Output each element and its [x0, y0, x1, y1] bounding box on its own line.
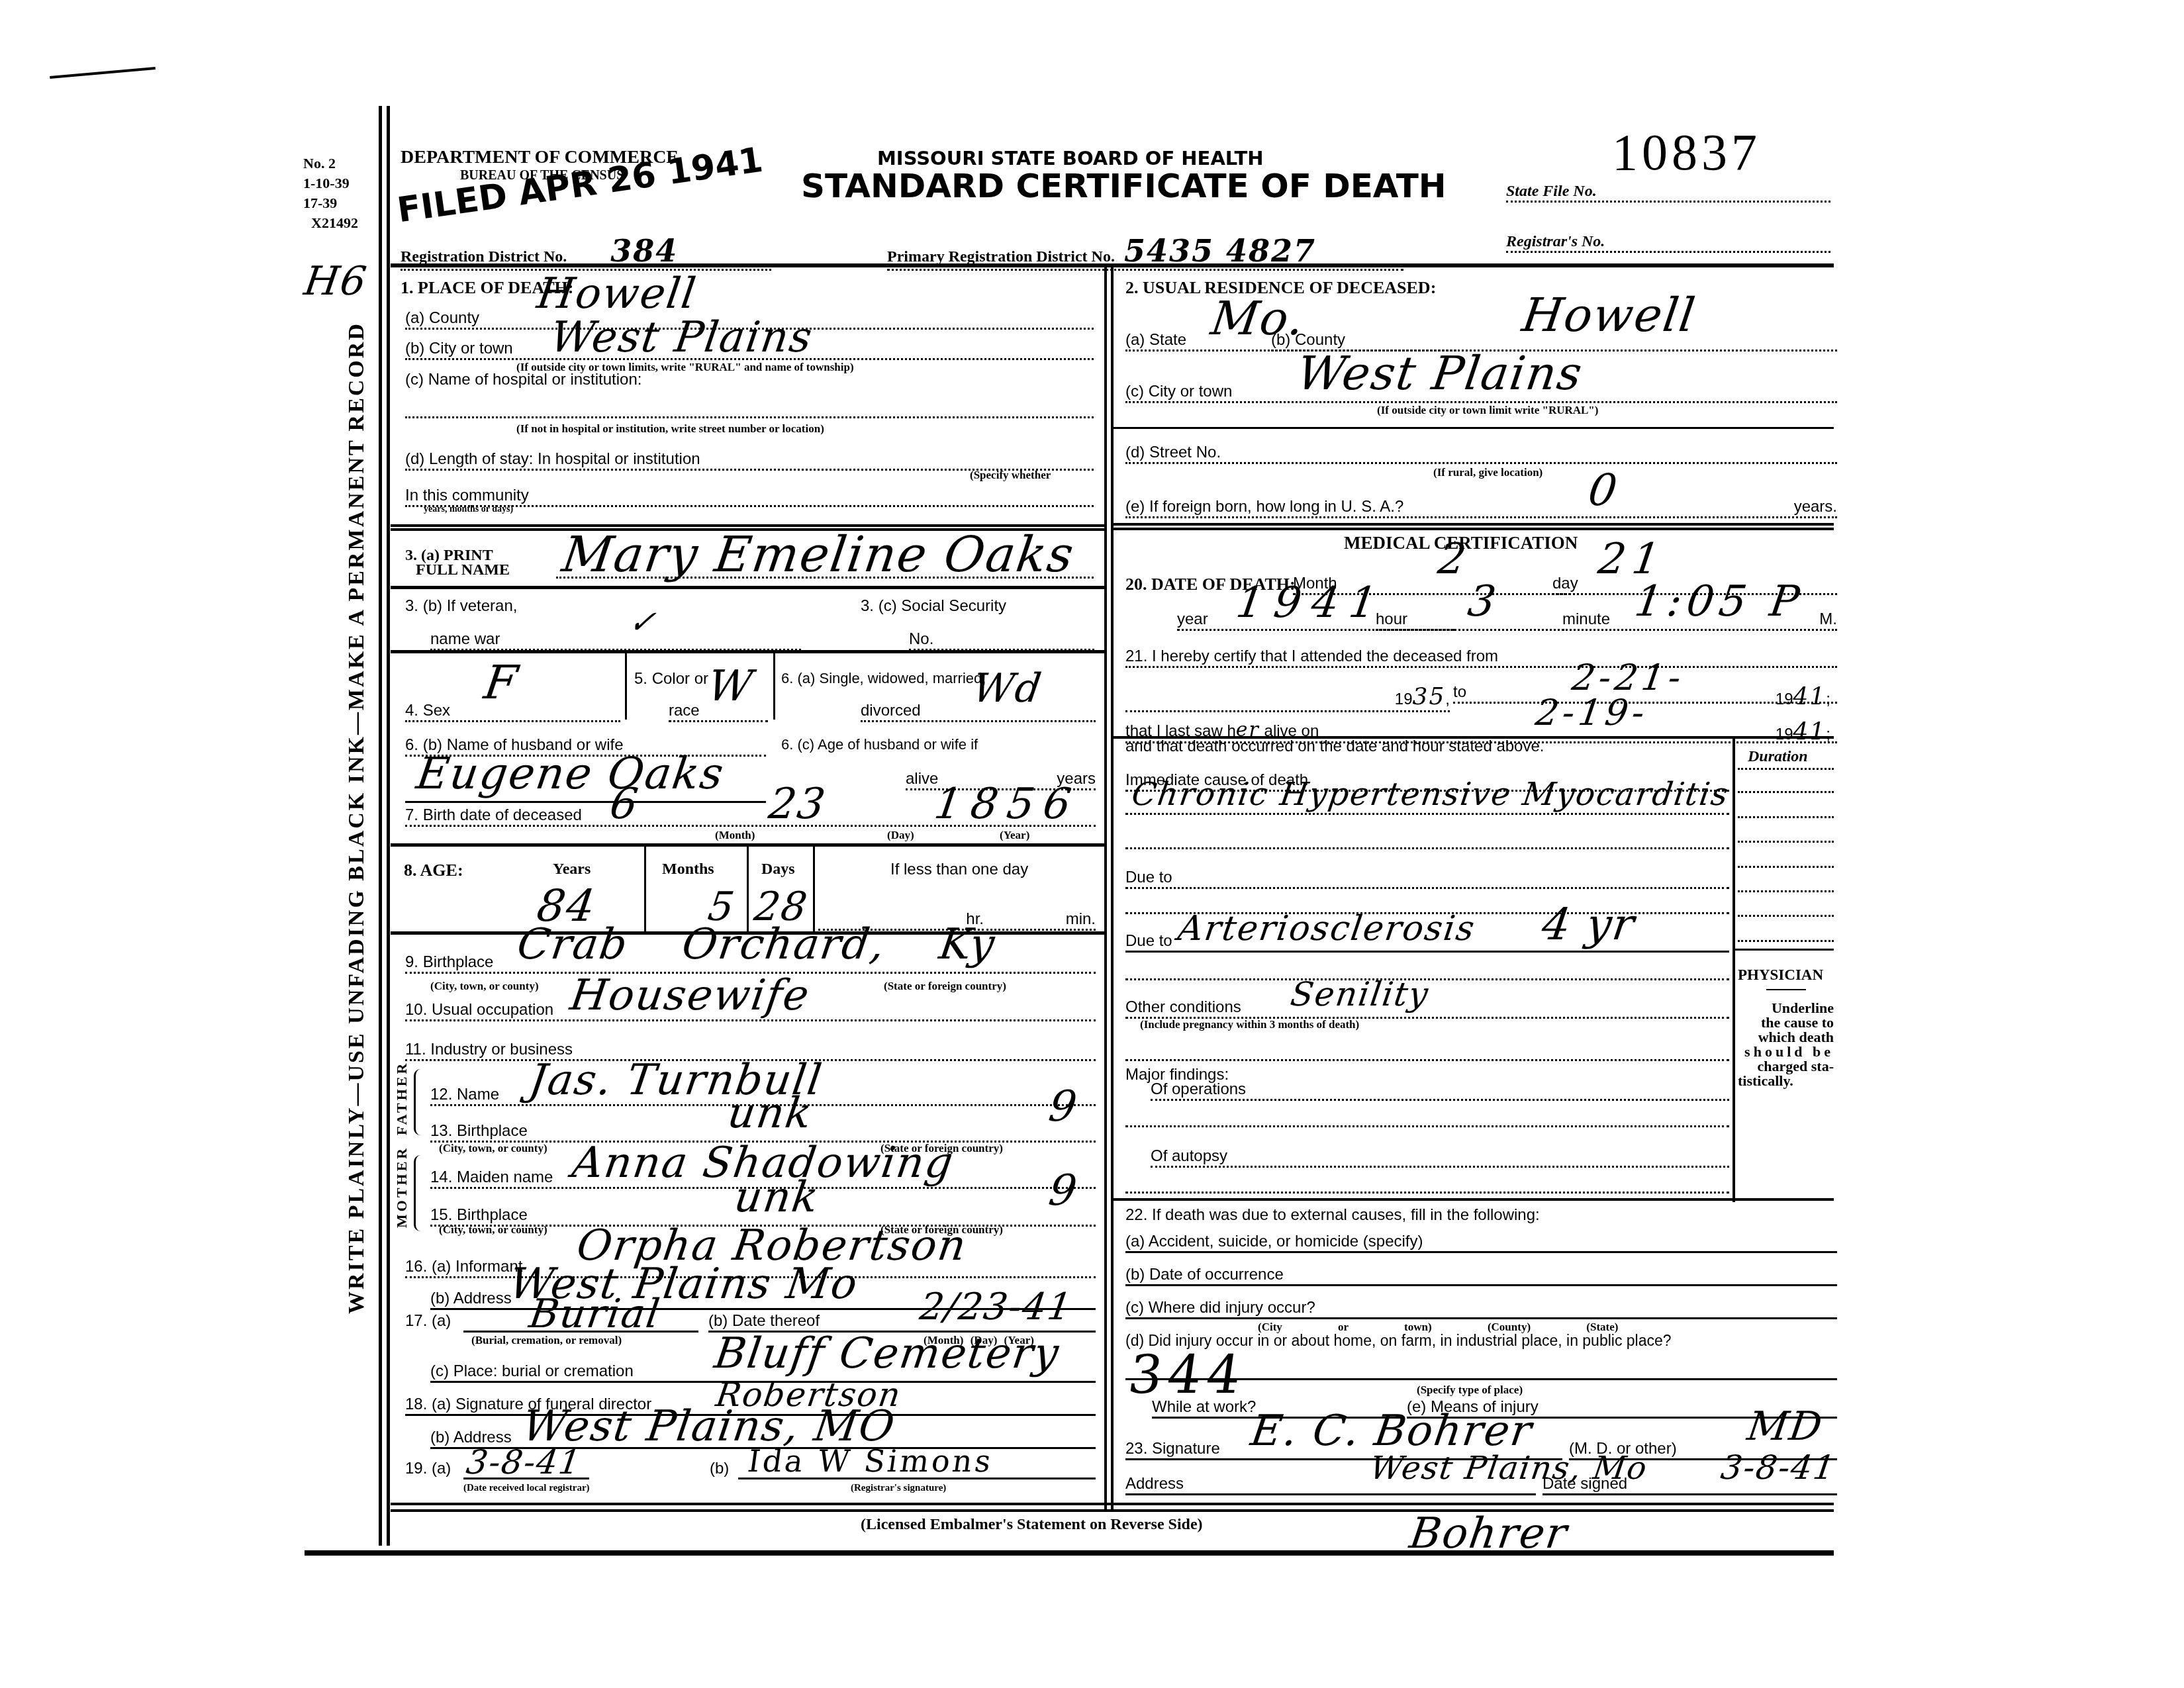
death-month-value: 2 — [1435, 535, 1470, 584]
other-conditions-note: (Include pregnancy within 3 months of de… — [1140, 1018, 1359, 1031]
due-to-value-2: Arteriosclerosis — [1176, 909, 1478, 949]
street-note: (If rural, give location) — [1433, 466, 1543, 479]
physician-note: PHYSICIAN Underline the cause to which d… — [1738, 968, 1834, 1088]
operations-field[interactable]: Of operations — [1151, 1080, 1729, 1101]
vertical-instruction: WRITE PLAINLY—USE UNFADING BLACK INK—MAK… — [344, 334, 369, 1314]
occurrence-date-field[interactable]: (b) Date of occurrence — [1125, 1266, 1837, 1286]
cell-divider — [625, 653, 627, 720]
form-code: X21492 — [303, 213, 358, 233]
embalmer-note: (Licensed Embalmer's Statement on Revers… — [861, 1516, 1203, 1534]
column-divider-b — [1111, 267, 1114, 1512]
veteran-label: 3. (b) If veteran, — [405, 597, 517, 616]
duration-line — [1738, 791, 1834, 793]
divider — [1766, 989, 1806, 990]
injury-location-field[interactable]: (c) Where did injury occur? — [1125, 1299, 1837, 1319]
stray-pen-mark — [50, 67, 156, 79]
rule — [1735, 949, 1834, 951]
form-code: 17-39 — [303, 193, 358, 213]
birth-year-note: (Year) — [1000, 829, 1029, 842]
residence-city-note: (If outside city or town limit write "RU… — [1377, 404, 1598, 417]
rule — [391, 650, 1104, 653]
rule — [1114, 427, 1834, 429]
cause-line — [1125, 1125, 1729, 1127]
age-years-label: Years — [553, 861, 591, 878]
mother-city-note: (City, town, or county) — [439, 1223, 547, 1237]
disposition-label: 17. (a) — [405, 1312, 451, 1331]
ss-field[interactable]: No. — [909, 630, 1094, 651]
father-side-label: FATHER — [393, 1061, 410, 1135]
burial-place-value: Bluff Cemetery — [712, 1329, 1063, 1378]
immediate-cause-value: Chronic Hypertensive Myocarditis — [1129, 776, 1731, 813]
rule — [1114, 528, 1834, 530]
cell-divider — [747, 847, 749, 931]
due-to-duration-note: 4 yr — [1539, 899, 1639, 950]
birth-day-note: (Day) — [887, 829, 914, 842]
duration-line — [1738, 768, 1834, 770]
death-hour-value: 3 — [1465, 577, 1500, 626]
residence-city-value: West Plains — [1294, 346, 1586, 400]
community-note: years, months or days) — [424, 504, 513, 515]
sex-field[interactable]: 4. Sex F — [405, 702, 620, 722]
stay-note: (Specify whether — [970, 469, 1051, 482]
birth-year: 1856 — [931, 780, 1083, 829]
marital-value: Wd — [970, 665, 1045, 712]
rule — [1114, 523, 1834, 526]
immediate-cause-line — [1125, 813, 1729, 815]
registrar-date-value: 3-8-41 — [464, 1443, 584, 1481]
hospital-label: (c) Name of hospital or institution: — [405, 371, 641, 389]
birthplace-city-note: (City, town, or county) — [430, 980, 539, 993]
sex-value: F — [481, 655, 522, 710]
residence-city-field[interactable]: (c) City or town West Plains — [1125, 383, 1837, 403]
less-than-day-label: If less than one day — [890, 861, 1028, 879]
disposition-value: Burial — [526, 1291, 663, 1337]
other-conditions-field[interactable]: Other conditions Senility — [1125, 998, 1729, 1019]
birth-month-note: (Month) — [715, 829, 755, 842]
margin-note: H6 — [301, 258, 370, 305]
physician-title-value: MD — [1744, 1403, 1826, 1450]
attended-from-year: 35 — [1413, 683, 1446, 710]
spouse-age-label-1: 6. (c) Age of husband or wife if — [781, 736, 978, 753]
left-border-inner — [387, 106, 390, 1546]
external-heading: 22. If death was due to external causes,… — [1125, 1206, 1540, 1225]
rule — [1114, 1198, 1834, 1201]
cause-line — [1125, 1192, 1729, 1194]
cause-line — [1125, 847, 1729, 849]
disposition-note: (Burial, cremation, or removal) — [471, 1334, 622, 1347]
cell-divider — [773, 653, 775, 720]
board-name: MISSOURI STATE BOARD OF HEALTH — [877, 147, 1264, 169]
physician-signature-value: E. C. Bohrer — [1248, 1407, 1536, 1456]
birthplace-state-note: (State or foreign country) — [884, 980, 1006, 993]
race-field[interactable]: race W — [669, 702, 768, 722]
injury-type-value: 344 — [1124, 1344, 1250, 1405]
autopsy-field[interactable]: Of autopsy — [1151, 1147, 1729, 1168]
attended-from-field[interactable]: 1935, — [1125, 683, 1450, 712]
duration-line — [1738, 890, 1834, 892]
father-brace — [414, 1069, 423, 1135]
form-codes: No. 2 1-10-39 17-39 X21492 — [303, 154, 358, 233]
page-bottom-rule — [305, 1550, 1834, 1556]
race-value: W — [705, 662, 757, 711]
cause-line — [1125, 1059, 1729, 1061]
rule — [391, 586, 1104, 589]
cell-divider — [644, 847, 646, 931]
disposition-date-value: 2/23-41 — [917, 1286, 1075, 1329]
death-minute-field[interactable]: minute 1:05 P M. — [1562, 610, 1837, 631]
birth-date-field[interactable]: 7. Birth date of deceased 6 23 1856 — [405, 806, 1096, 827]
foreign-born-value: 0 — [1586, 465, 1622, 516]
birth-day: 23 — [766, 780, 830, 829]
occupation-value: Housewife — [567, 971, 813, 1020]
column-divider-a — [1104, 267, 1107, 1512]
foreign-born-field[interactable]: (e) If foreign born, how long in U. S. A… — [1125, 498, 1837, 518]
street-field[interactable]: (d) Street No. — [1125, 444, 1837, 464]
duration-line — [1738, 915, 1834, 917]
war-check: ✓ — [626, 604, 659, 641]
full-name-label: 3. (a) PRINT FULL NAME — [405, 548, 510, 577]
date-signed-field[interactable]: Date signed 3-8-41 — [1543, 1475, 1837, 1495]
mother-side-label: MOTHER — [393, 1146, 410, 1228]
alive-on-year: 41 — [1793, 718, 1827, 745]
form-code: No. 2 — [303, 154, 358, 173]
spouse-value: Eugene Oaks — [414, 748, 728, 799]
spouse-line — [405, 801, 766, 803]
mother-birthplace-city: unk — [732, 1173, 823, 1222]
cell-divider — [813, 847, 815, 931]
race-label-1: 5. Color or — [634, 670, 708, 688]
alive-on-value: 2-19- — [1533, 692, 1651, 733]
hospital-field[interactable] — [405, 416, 1094, 418]
minutes-field[interactable]: min. — [986, 910, 1096, 931]
form-code: 1-10-39 — [303, 173, 358, 193]
marital-field[interactable]: divorced Wd — [861, 702, 1096, 722]
residence-county-value: Howell — [1519, 288, 1699, 342]
mother-brace — [414, 1155, 423, 1231]
death-county-value: Howell — [534, 269, 700, 318]
date-signed-value: 3-8-41 — [1719, 1448, 1838, 1487]
birthplace-value: Crab Orchard, Ky — [514, 920, 999, 969]
registrar-no-label: Registrar's No. — [1506, 233, 1830, 253]
certificate-title: STANDARD CERTIFICATE OF DEATH — [801, 167, 1447, 205]
duration-label: Duration — [1748, 748, 1808, 766]
occupation-field[interactable]: 10. Usual occupation Housewife — [405, 1001, 1096, 1021]
left-border-outer — [379, 106, 382, 1546]
registrar-sig-note: (Registrar's signature) — [851, 1483, 946, 1494]
death-minute-value: 1:05 P — [1632, 577, 1808, 626]
duration-line — [1738, 841, 1834, 843]
bottom-rule — [391, 1503, 1834, 1505]
injury-type-note: (Specify type of place) — [1417, 1383, 1523, 1397]
death-day-value: 21 — [1595, 535, 1670, 584]
marital-label-1: 6. (a) Single, widowed, married, — [781, 670, 986, 687]
age-label: 8. AGE: — [404, 861, 463, 880]
other-conditions-value: Senility — [1288, 975, 1432, 1013]
full-name-value: Mary Emeline Oaks — [559, 526, 1078, 583]
death-city-value: West Plains — [547, 313, 816, 362]
certify-field[interactable]: 21. I hereby certify that I attended the… — [1125, 647, 1837, 668]
certificate-number: 10837 — [1612, 122, 1761, 182]
father-birthplace-city: unk — [725, 1089, 816, 1138]
hospital-note: (If not in hospital or institution, writ… — [516, 422, 824, 436]
father-city-note: (City, town, or county) — [439, 1142, 547, 1155]
registrar-sig-value: Ida W Simons — [745, 1443, 996, 1479]
death-city-field[interactable]: (b) City or town West Plains — [405, 340, 1094, 360]
due-to-field-1[interactable]: Due to — [1125, 868, 1729, 889]
registrar-date-note: (Date received local registrar) — [463, 1483, 590, 1494]
physician-address-field[interactable]: Address West Plains, Mo — [1125, 1475, 1536, 1495]
duration-line — [1738, 940, 1834, 942]
age-days-label: Days — [761, 861, 795, 878]
duration-line — [1738, 866, 1834, 868]
registrar-date-label: 19. (a) — [405, 1460, 451, 1478]
father-birthplace-state: 9 — [1046, 1082, 1081, 1131]
death-year-value: 1941 — [1233, 579, 1390, 628]
state-file-label: State File No. — [1506, 183, 1830, 203]
duration-line — [1738, 816, 1834, 818]
mother-birthplace-state: 9 — [1046, 1166, 1081, 1215]
bottom-rule — [391, 1509, 1834, 1512]
ss-label: 3. (c) Social Security — [861, 597, 1006, 616]
attended-to-year: 41 — [1793, 683, 1827, 710]
war-field[interactable]: name war ✓ — [430, 630, 801, 651]
death-statement: and that death occurred on the date and … — [1125, 737, 1544, 756]
accident-field[interactable]: (a) Accident, suicide, or homicide (spec… — [1125, 1233, 1837, 1253]
length-of-stay-field[interactable]: (d) Length of stay: In hospital or insti… — [405, 450, 1094, 471]
due-to-field-2[interactable]: Due to Arteriosclerosis 4 yr — [1125, 932, 1729, 953]
age-months-label: Months — [662, 861, 714, 878]
birth-month: 6 — [607, 780, 642, 829]
registrar-sig-label: (b) — [710, 1460, 729, 1478]
duration-column-divider — [1733, 739, 1735, 1202]
